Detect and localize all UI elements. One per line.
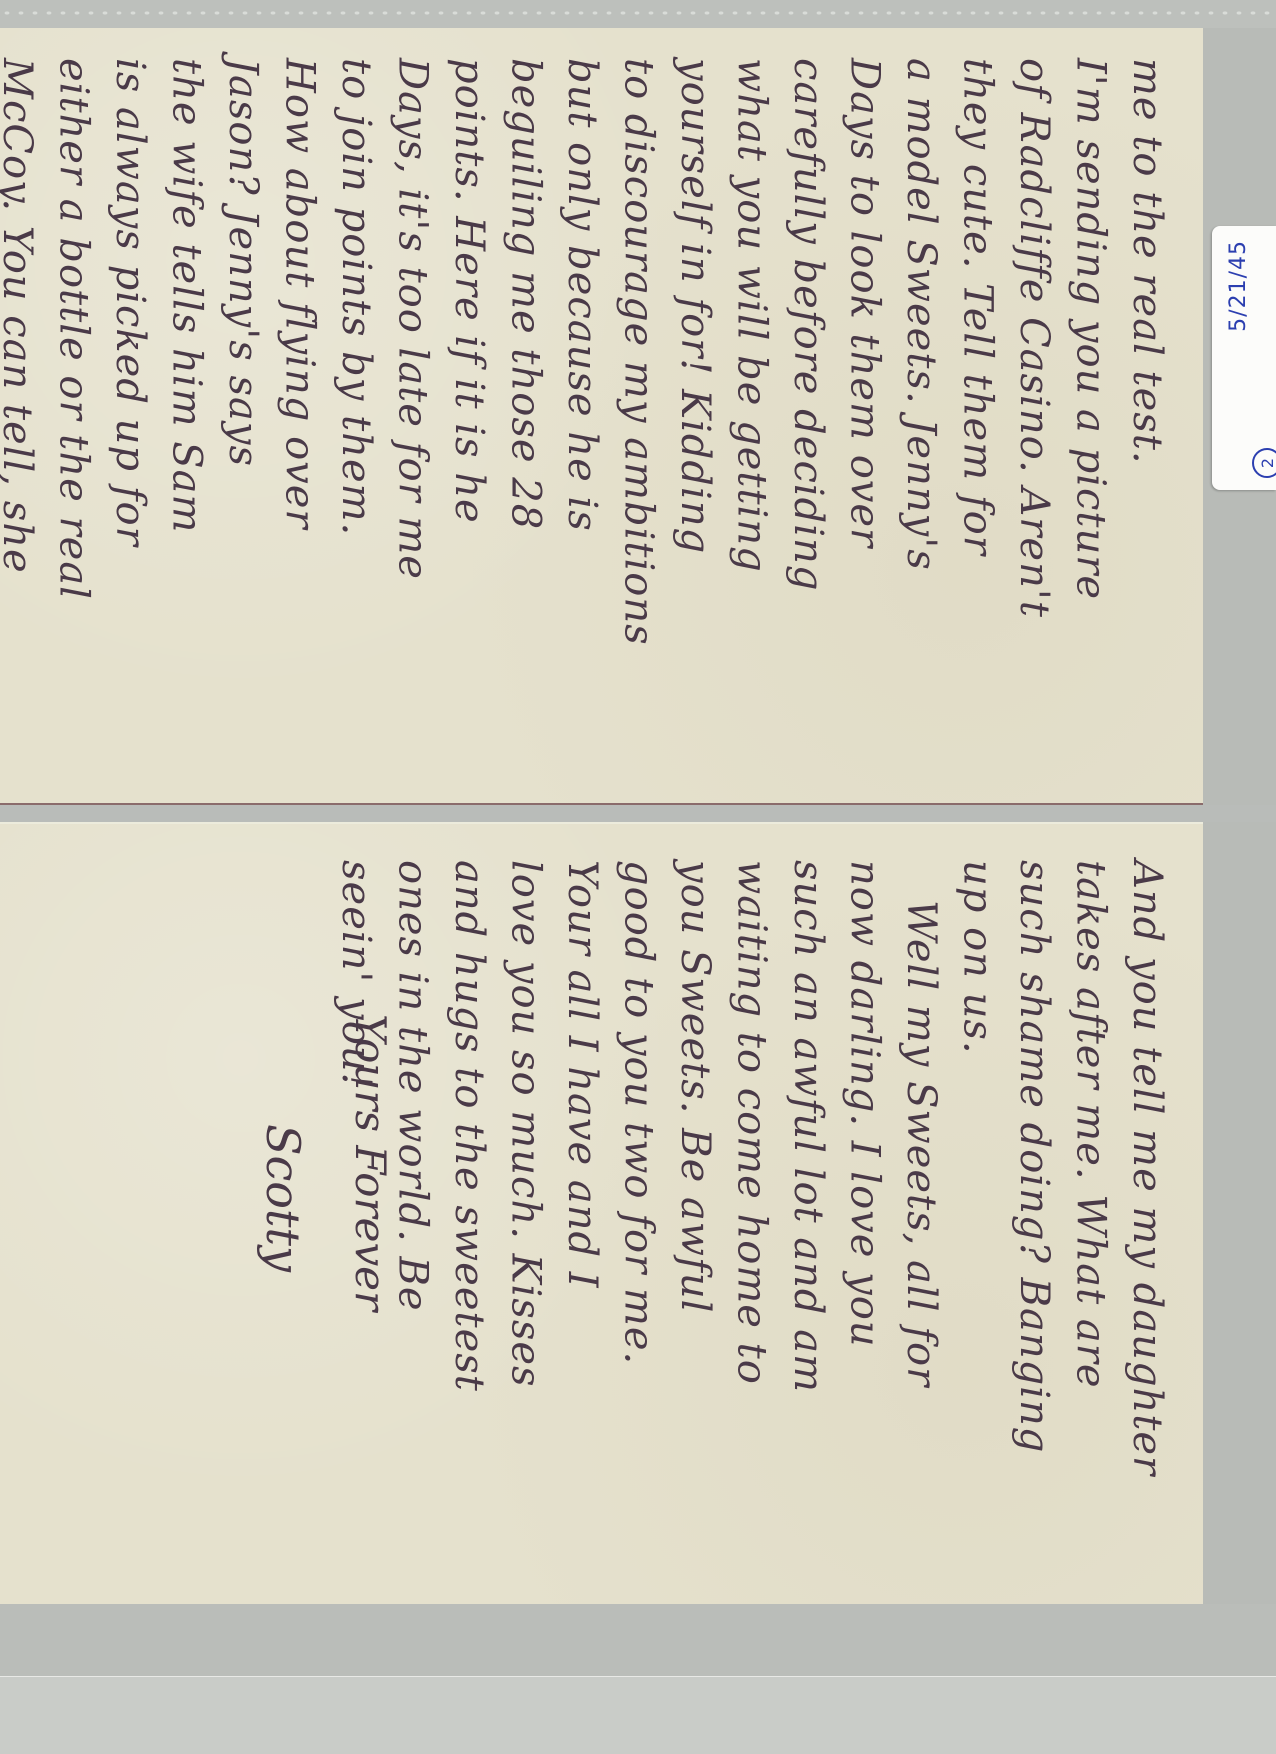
text-line: up on us. xyxy=(949,860,1006,1580)
tag-page-number: 2 xyxy=(1252,448,1276,478)
text-line: Jason? Jenny's says xyxy=(215,58,272,798)
handwritten-text-top: me to the real test. I'm sending you a p… xyxy=(0,58,1175,798)
text-line: a model Sweets. Jenny's xyxy=(893,58,950,798)
text-line: love you so much. Kisses xyxy=(497,860,554,1580)
text-line: to join points by them. xyxy=(328,58,385,798)
letter-page-top: me to the real test. I'm sending you a p… xyxy=(0,28,1203,805)
text-line: yourself in for! Kidding xyxy=(667,58,724,798)
scanner-bottom-sheet xyxy=(0,1676,1276,1754)
letter-page-bottom: And you tell me my daughter takes after … xyxy=(0,822,1203,1606)
text-line: points. Here if it is he xyxy=(441,58,498,798)
scanner-bottom-band xyxy=(0,1604,1276,1676)
letter-closing: Yours Forever xyxy=(335,1014,405,1311)
text-line: to discourage my ambitions xyxy=(610,58,667,798)
sheet-protector-perforations xyxy=(0,10,1276,16)
text-line: Your all I have and I xyxy=(554,860,611,1580)
text-line: Days, it's too late for me xyxy=(384,58,441,798)
text-line: now darling. I love you xyxy=(836,860,893,1580)
scanner-top-strip xyxy=(0,0,1276,28)
text-line: And you tell me my daughter xyxy=(1119,860,1176,1580)
text-line: but only because he is xyxy=(554,58,611,798)
text-line: good to you two for me. xyxy=(610,860,667,1580)
text-line: takes after me. What are xyxy=(1062,860,1119,1580)
text-line: How about flying over xyxy=(271,58,328,798)
tag-date: 5/21/45 xyxy=(1226,240,1251,332)
text-line: is always picked up for xyxy=(102,58,159,798)
text-line: you Sweets. Be awful xyxy=(667,860,724,1580)
text-line: such shame doing? Banging xyxy=(1006,860,1063,1580)
text-line: waiting to come home to xyxy=(723,860,780,1580)
page-gap xyxy=(0,805,1276,822)
text-line: carefully before deciding xyxy=(780,58,837,798)
text-line: of Radcliffe Casino. Aren't xyxy=(1006,58,1063,798)
text-line: either a bottle or the real xyxy=(45,58,102,798)
text-line: and hugs to the sweetest xyxy=(441,860,498,1580)
text-line: beguiling me those 28 xyxy=(497,58,554,798)
text-line: they cute. Tell them for xyxy=(949,58,1006,798)
text-line: what you will be getting xyxy=(723,58,780,798)
text-line: the wife tells him Sam xyxy=(158,58,215,798)
text-line: McCoy. You can tell, she xyxy=(0,58,45,798)
text-line: I'm sending you a picture xyxy=(1062,58,1119,798)
text-line: such an awful lot and am xyxy=(780,860,837,1580)
signature: Scotty xyxy=(248,1124,318,1272)
archive-tag: 5/21/45 2 xyxy=(1212,226,1276,490)
handwritten-text-bottom: And you tell me my daughter takes after … xyxy=(328,860,1176,1580)
text-line: me to the real test. xyxy=(1119,58,1176,798)
text-line: Days to look them over xyxy=(836,58,893,798)
text-line: Well my Sweets, all for xyxy=(893,860,950,1580)
